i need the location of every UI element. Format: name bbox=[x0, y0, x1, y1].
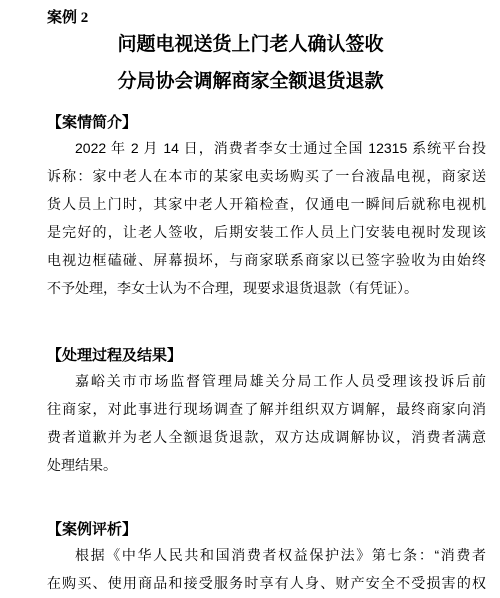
text-line: 不予处理，李女士认为不合理，现要求退货退款（有凭证）。 bbox=[47, 274, 486, 302]
paragraph-process-result: 嘉峪关市市场监督管理局雄关分局工作人员受理该投诉后前 往商家，对此事进行现场调查… bbox=[47, 367, 486, 479]
text-line: 电视边框磕碰、屏幕损坏，与商家联系商家以已签字验收为由始终 bbox=[47, 246, 486, 274]
text-line: 是完好的，让老人签收，后期安装工作人员上门安装电视时发现该 bbox=[47, 218, 486, 246]
text-line: 处理结果。 bbox=[47, 451, 486, 479]
text-line: 货人员上门时，其家中老人开箱检查，仅通电一瞬间后就称电视机 bbox=[47, 190, 486, 218]
document-title-line-2: 分局协会调解商家全额退货退款 bbox=[15, 63, 486, 100]
section-heading-process-result: 【处理过程及结果】 bbox=[47, 345, 486, 367]
paragraph-case-analysis: 根据《中华人民共和国消费者权益保护法》第七条：“消费者 在购买、使用商品和接受服… bbox=[47, 541, 486, 597]
text-line: 嘉峪关市市场监督管理局雄关分局工作人员受理该投诉后前 bbox=[47, 367, 486, 395]
section-case-analysis: 【案例评析】 根据《中华人民共和国消费者权益保护法》第七条：“消费者 在购买、使… bbox=[47, 519, 486, 597]
text-line: 根据《中华人民共和国消费者权益保护法》第七条：“消费者 bbox=[47, 541, 486, 569]
document-title-line-1: 问题电视送货上门老人确认签收 bbox=[15, 26, 486, 63]
section-heading-case-summary: 【案情简介】 bbox=[47, 112, 486, 134]
document-page: 案例 2 问题电视送货上门老人确认签收 分局协会调解商家全额退货退款 【案情简介… bbox=[0, 0, 500, 598]
document-title: 问题电视送货上门老人确认签收 分局协会调解商家全额退货退款 bbox=[15, 26, 486, 100]
text-line: 诉称：家中老人在本市的某家电卖场购买了一台液晶电视，商家送 bbox=[47, 162, 486, 190]
paragraph-case-summary: 2022 年 2 月 14 日，消费者李女士通过全国 12315 系统平台投 诉… bbox=[47, 134, 486, 302]
text-line: 在购买、使用商品和接受服务时享有人身、财产安全不受损害的权 bbox=[47, 569, 486, 597]
text-line: 往商家，对此事进行现场调查了解并组织双方调解，最终商家向消 bbox=[47, 395, 486, 423]
section-heading-case-analysis: 【案例评析】 bbox=[47, 519, 486, 541]
text-line: 费者道歉并为老人全额退货退款，双方达成调解协议，消费者满意 bbox=[47, 423, 486, 451]
section-case-summary: 【案情简介】 2022 年 2 月 14 日，消费者李女士通过全国 12315 … bbox=[47, 112, 486, 302]
text-line: 2022 年 2 月 14 日，消费者李女士通过全国 12315 系统平台投 bbox=[47, 134, 486, 162]
section-process-result: 【处理过程及结果】 嘉峪关市市场监督管理局雄关分局工作人员受理该投诉后前 往商家… bbox=[47, 345, 486, 479]
